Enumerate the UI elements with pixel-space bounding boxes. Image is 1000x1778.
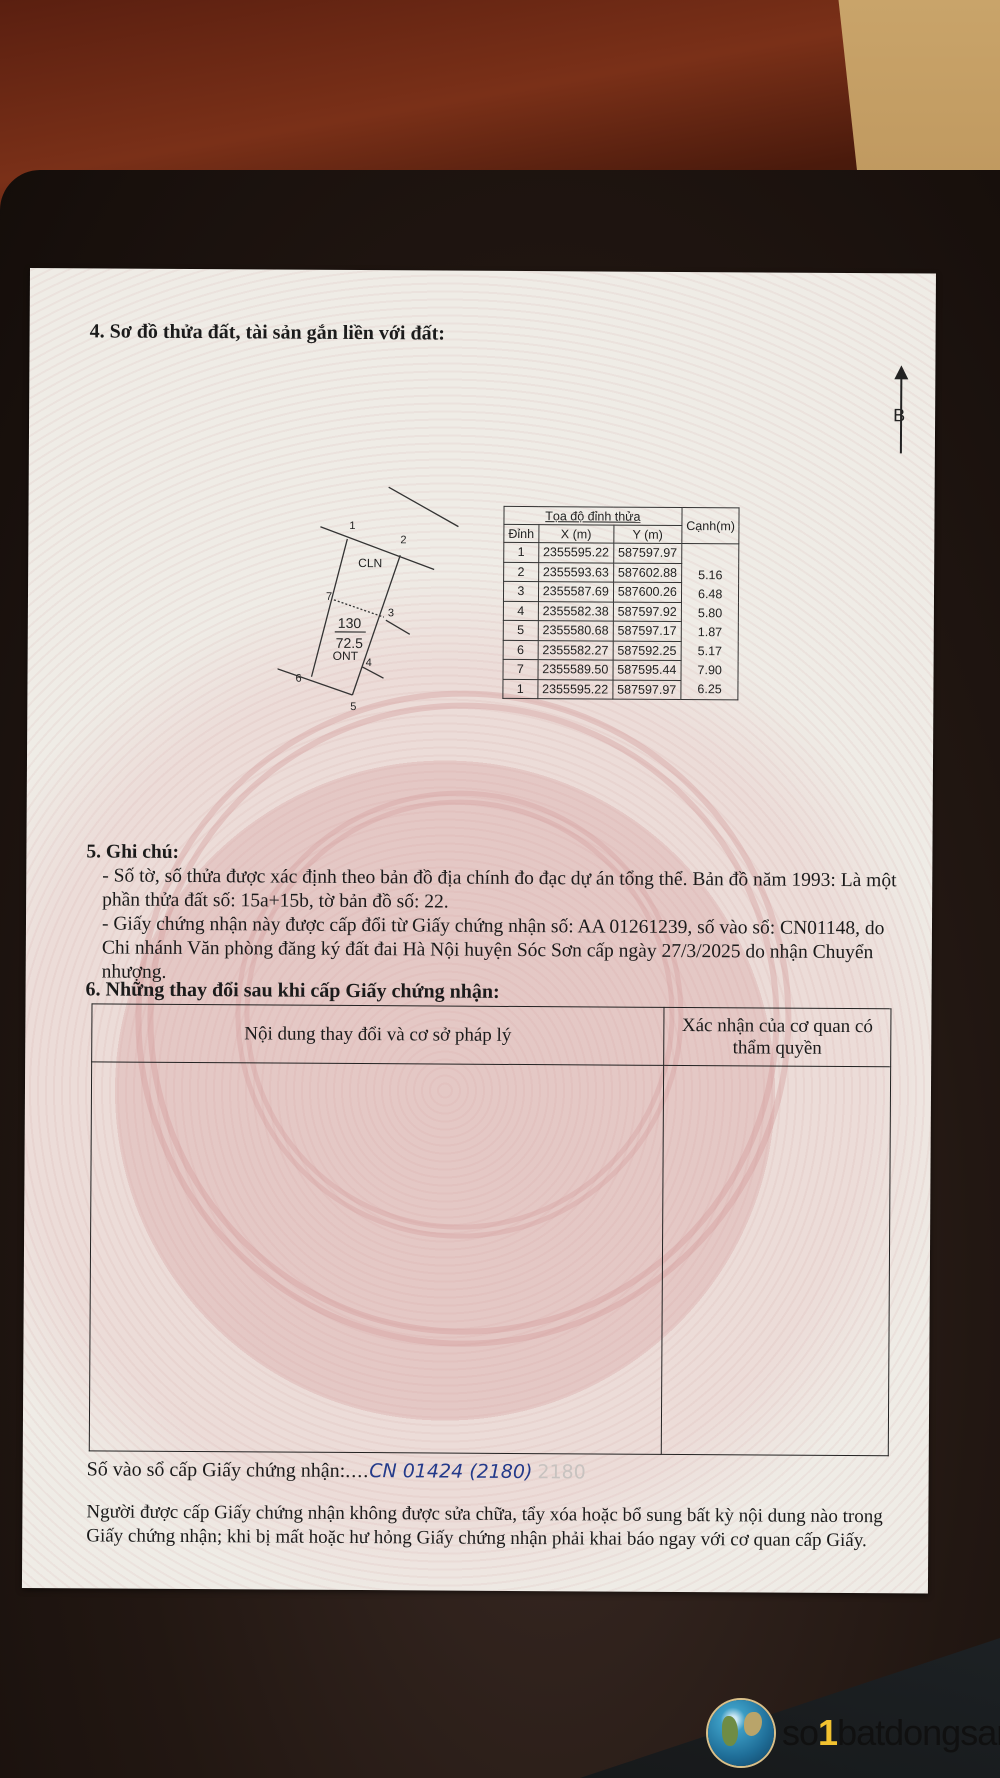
coordinate-vertex: 6 [503,640,538,660]
coordinate-vertex: 2 [504,562,539,582]
notes-section: 5. Ghi chú: - Số tờ, số thửa được xác đị… [86,840,917,989]
coordinate-y: 587597.92 [613,602,681,622]
warning-text: Người được cấp Giấy chứng nhận không đượ… [86,1500,916,1553]
parcel-diagram: 1 2 3 4 5 6 7 CLN ONT 130 72.5 [277,482,518,723]
coordinate-x: 2355582.27 [538,640,613,660]
note-item: - Số tờ, số thửa được xác định theo bản … [86,864,916,917]
parcel-area: 72.5 [336,635,364,651]
north-arrow: B [891,365,912,453]
north-label: B [893,405,905,426]
changes-content-cell [89,1062,663,1454]
vertex-label: 7 [326,591,332,603]
coordinate-x: 2355595.22 [538,679,613,699]
coordinate-x: 2355589.50 [538,660,613,680]
coordinate-y: 587595.44 [613,660,681,680]
land-certificate-page: 4. Sơ đồ thửa đất, tài sản gắn liền với … [22,268,936,1594]
note-item: - Giấy chứng nhận này được cấp đổi từ Gi… [86,912,916,989]
x-header: X (m) [539,525,614,543]
coordinate-y: 587600.26 [613,582,681,602]
coordinate-vertex: 5 [503,620,538,640]
coordinate-y: 587592.25 [613,641,681,661]
coordinate-y: 587597.97 [613,543,681,563]
vertex-label: 6 [295,673,301,685]
edge-length: 5.17 [685,642,734,661]
coordinate-vertex: 4 [503,601,538,621]
coordinate-x: 2355582.38 [538,601,613,621]
section-4-title: 4. Sơ đồ thửa đất, tài sản gắn liền với … [90,320,445,345]
coordinate-vertex: 1 [503,679,538,699]
coordinate-x: 2355595.22 [538,543,613,563]
coordinate-table-title: Tọa độ đỉnh thửa [504,506,682,525]
registration-number-line: Số vào sổ cấp Giấy chứng nhận:....CN 014… [87,1458,586,1484]
changes-header-confirmation: Xác nhận của cơ quan có thẩm quyền [664,1007,891,1066]
coordinate-y: 587597.97 [613,680,681,700]
vertex-label: 2 [400,534,406,546]
coordinate-y: 587597.17 [613,621,681,641]
vertex-label: 5 [350,701,356,713]
section-6-title: 6. Những thay đổi sau khi cấp Giấy chứng… [86,978,500,1004]
coordinate-x: 2355593.63 [538,562,613,582]
parcel-number: 130 [338,615,362,631]
globe-icon [708,1700,774,1766]
edge-header: Cạnh(m) [682,507,740,543]
vertex-label: 3 [388,607,394,619]
logo-text: so1batdongsan [782,1712,1000,1754]
vertex-header: Đỉnh [504,524,539,542]
coordinate-table: Tọa độ đỉnh thửa Cạnh(m) Đỉnh X (m) Y (m… [502,506,740,700]
registration-label: Số vào sổ cấp Giấy chứng nhận: [87,1458,346,1482]
registration-faint-value: 2180 [537,1461,585,1483]
coordinate-x: 2355580.68 [538,621,613,641]
edge-length: 6.48 [686,585,735,604]
edge-length: 5.16 [686,566,735,585]
coordinate-x: 2355587.69 [538,582,613,602]
coordinate-vertex: 7 [503,659,538,679]
edge-lengths: 5.166.485.801.875.177.906.25 [681,543,740,699]
coordinate-vertex: 3 [503,581,538,601]
coordinate-row: 12355595.22587597.975.166.485.801.875.17… [504,542,740,563]
vertex-label: 1 [349,520,355,532]
vertex-label: 4 [366,657,372,669]
y-header: Y (m) [614,525,682,543]
changes-header-content: Nội dung thay đổi và cơ sở pháp lý [92,1004,664,1065]
changes-confirmation-cell [661,1065,890,1455]
edge-length: 7.90 [685,661,734,680]
registration-handwritten-value: CN 01424 (2180) [369,1460,532,1483]
edge-length: 5.80 [686,604,735,623]
zone-label: CLN [358,556,382,570]
changes-table: Nội dung thay đổi và cơ sở pháp lý Xác n… [89,1003,892,1456]
edge-length: 1.87 [686,623,735,642]
coordinate-vertex: 1 [504,542,539,562]
coordinate-y: 587602.88 [613,563,681,583]
watermark-logo: so1batdongsan [708,1700,1000,1766]
edge-length: 6.25 [685,680,734,699]
